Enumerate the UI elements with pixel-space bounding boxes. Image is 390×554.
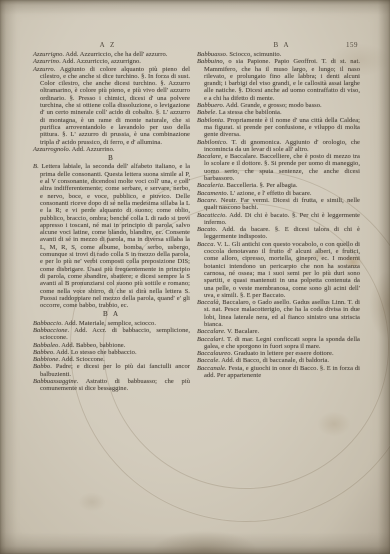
paper-background: A Z B A 159 Azzurrigno. Add. Azzurriccio… [0, 0, 390, 554]
entry-term: Bacaleria [197, 182, 223, 189]
dictionary-entry: Baccalaureo. Graduato in lettere per ess… [197, 350, 360, 357]
dictionary-entry: Babbuassaggine. Astratto di babbuasso; c… [33, 378, 190, 393]
entry-term: Bacamento [197, 190, 227, 197]
dictionary-entry: Bacamento. L' azione, e l' effetto di ba… [197, 190, 360, 197]
section-heading: B [33, 155, 190, 162]
dictionary-entry: Baccalare. V. Bacalare. [197, 328, 360, 335]
dictionary-entry: Baccanale. Festa, e giuochi in onor di B… [197, 365, 360, 380]
entry-term: Babilonia [197, 117, 223, 124]
dictionary-entry: Bacalare, e Baccalare. Baccelliere, che … [197, 153, 360, 182]
entry-term: Baccanale [197, 365, 225, 372]
dictionary-entry: Azzurro. Aggiunto di colore alquanto più… [33, 66, 190, 146]
page-number: 159 [346, 41, 358, 49]
dictionary-entry: Baccalà, Baccalaro, o Gado asello. Gadus… [197, 299, 360, 328]
entry-term: Baccalà [197, 299, 219, 306]
entry-term: Azzurro [33, 66, 54, 73]
right-text-column: Babbuasso. Sciocco, scimunito.Babbuino, … [197, 51, 360, 379]
dictionary-entry: Babbo. Padre; e dicesi per lo più dai fa… [33, 363, 190, 378]
entry-term: Bacalare [197, 153, 221, 160]
scanned-dictionary-page: A Z B A 159 Azzurrigno. Add. Azzurriccio… [0, 0, 390, 554]
dictionary-entry: Babele. La stessa che babilonia. [197, 109, 360, 116]
entry-term: B [33, 163, 37, 170]
dictionary-entry: Baccale. Add. di Bacco, di baccanale, di… [197, 357, 360, 364]
dictionary-entry: Babbaleo. Add. Babbeo, babbione. [33, 342, 190, 349]
entry-term: Baccale [197, 357, 218, 364]
entry-term: Babbaccione [33, 327, 67, 334]
dictionary-entry: Azzurrognolo. Add. Azzurrino. [33, 146, 190, 153]
entry-term: Baccalare [197, 328, 224, 335]
entry-term: Babbuero [197, 102, 223, 109]
left-text-column: Azzurrigno. Add. Azzurriccio, che ha del… [33, 51, 190, 393]
entry-term: Bacaticcio [197, 212, 225, 219]
dictionary-entry: Babbuero. Add. Grande, e grosso; modo ba… [197, 102, 360, 109]
section-heading: B A [33, 311, 190, 318]
dictionary-entry: Bacare. Neutr. Far vermi. Dicesi di frut… [197, 197, 360, 212]
entry-term: Babbaleo [33, 342, 58, 349]
entry-term: Azzurrognolo [33, 146, 69, 153]
dictionary-entry: Azzurrigno. Add. Azzurriccio, che ha del… [33, 51, 190, 58]
entry-term: Babbuasso [197, 51, 226, 58]
entry-term: Babilonico [197, 139, 226, 146]
entry-term: Babele [197, 109, 215, 116]
entry-term: Bacato [197, 226, 216, 233]
running-head-left: A Z [78, 41, 138, 49]
dictionary-entry: Babbaccione. Add. Accr. di babbaccio, se… [33, 327, 190, 342]
entry-term: Babbeo [33, 349, 53, 356]
dictionary-entry: Babbuino, o sia Papione. Papio Geoffroi.… [197, 58, 360, 102]
dictionary-entry: Babbaccio. Add. Materiale, semplice, sci… [33, 320, 190, 327]
dictionary-entry: Babilonico. T. di gnomonica. Aggiunto d'… [197, 139, 360, 154]
dictionary-entry: Babbeo. Add. Lo stesso che babbaccio. [33, 349, 190, 356]
entry-term: Babbuino [197, 58, 223, 65]
running-head-right: B A [252, 41, 312, 49]
entry-term: Baccalari [197, 336, 223, 343]
entry-term: Baccalaureo [197, 350, 231, 357]
dictionary-entry: Bacato. Add. da bacare. §. E dicesi talo… [197, 226, 360, 241]
entry-term: Babbuassaggine [33, 378, 77, 385]
entry-term: Azzurrino [33, 58, 59, 65]
running-head: A Z B A 159 [0, 41, 390, 50]
dictionary-entry: Bacaticcio. Add. Di chi è bacato. §. Per… [197, 212, 360, 227]
entry-term: Babbaccio [33, 320, 61, 327]
entry-term: Bacca [197, 241, 214, 248]
entry-term: Azzurrigno [33, 51, 62, 58]
entry-term: Babbo [33, 363, 50, 370]
dictionary-entry: Bacaleria. Baccelleria. §. Per albagia. [197, 182, 360, 189]
dictionary-entry: Bacca. V. L. Gli antichi con questo voca… [197, 241, 360, 299]
entry-term: Bacare [197, 197, 216, 204]
dictionary-entry: Babilonia. Propriamente è il nome d' una… [197, 117, 360, 139]
dictionary-entry: B. Lettera labiale, la seconda dell' alf… [33, 163, 190, 309]
dictionary-entry: Azzurrino. Add. Azzurriccio, azzurrigno. [33, 58, 190, 65]
dictionary-entry: Baccalari. T. di mar. Legni conficcati s… [197, 336, 360, 351]
